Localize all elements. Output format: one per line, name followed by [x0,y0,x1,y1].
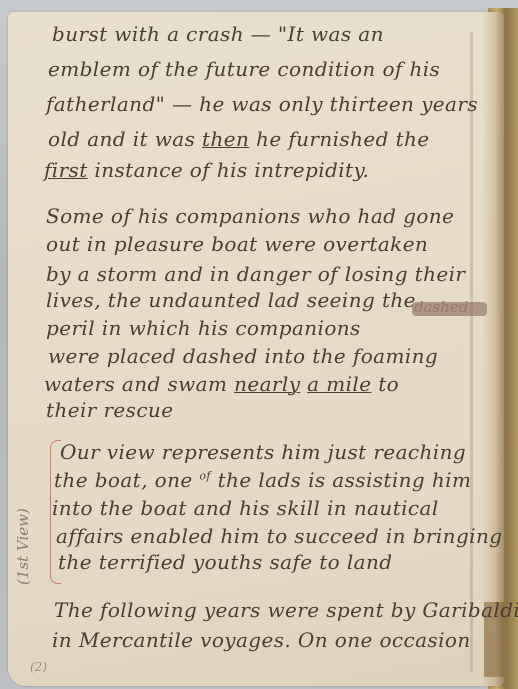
text-line: by a storm and in danger of losing their [46,262,465,286]
text-line: fatherland" — he was only thirteen years [46,92,478,116]
text-line: Our view represents him just reaching [60,440,466,464]
text-line: emblem of the future condition of his [48,57,440,81]
page-fold-line [470,32,473,672]
underlined-word: then [202,127,249,151]
text-fragment: the boat, one [54,468,199,492]
text-line: were placed dashed into the foaming [48,344,438,368]
text-line: peril in which his companions [46,316,361,340]
text-line: the terrified youths safe to land [58,550,392,574]
underlined-word: a mile [307,372,371,396]
text-fragment: old and it was [48,127,202,151]
strike-through-mark [412,302,487,316]
page-number: (2) [30,660,47,674]
text-line: their rescue [46,398,173,422]
text-line: The following years were spent by Gariba… [54,598,518,622]
text-line: lives, the undaunted lad seeing the [46,288,416,312]
text-line: Some of his companions who had gone [46,204,454,228]
text-line-with-underline: first instance of his intrepidity. [44,158,369,182]
text-line: out in pleasure boat were overtaken [46,232,428,256]
text-fragment: the lads is assisting him [211,468,471,492]
text-fragment: waters and swam [44,372,234,396]
text-fragment: he furnished the [249,127,429,151]
underlined-word: first [44,158,88,182]
text-fragment: to [371,372,399,396]
text-line: burst with a crash — "It was an [52,22,384,46]
text-line: affairs enabled him to succeed in bringi… [56,524,502,548]
text-line-with-insertion: the boat, one of the lads is assisting h… [54,468,471,492]
text-line: into the boat and his skill in nautical [52,496,439,520]
margin-note: (1st View) [14,508,32,585]
text-fragment: instance of his intrepidity. [88,158,370,182]
text-line: in Mercantile voyages. On one occasion [52,628,471,652]
inserted-word: of [199,469,211,482]
text-line-with-underline: old and it was then he furnished the [48,127,430,151]
underlined-word: nearly [234,372,300,396]
text-line-with-underline: waters and swam nearly a mile to [44,372,399,396]
